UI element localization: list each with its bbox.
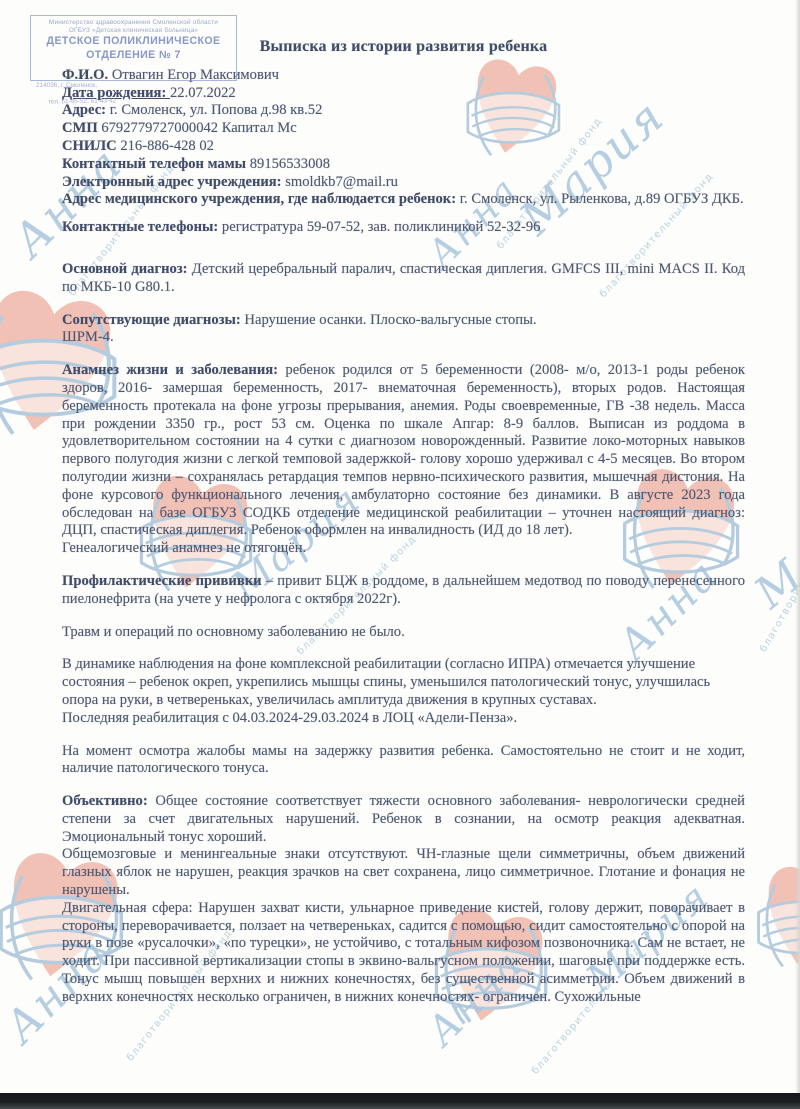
field-institution-address: Адрес медицинского учреждения, где наблю…: [62, 191, 745, 209]
stamp-phone-line: тел. 61-45-52, 61-43-42: [48, 97, 116, 105]
paragraph-genealogy: Генеалогический анамнез не отягощён.: [62, 540, 745, 558]
stamp-department-line: ДЕТСКОЕ ПОЛИКЛИНИЧЕСКОЕ: [35, 36, 232, 48]
paragraph-secondary-diagnoses: Сопутствующие диагнозы:Нарушение осанки.…: [62, 312, 745, 330]
paragraph-objective-status: Объективно:Общее состояние соответствует…: [62, 793, 745, 846]
scan-edge-shadow: [795, 0, 800, 1109]
clinic-stamp: Министерство здравоохранения Смоленской …: [30, 15, 237, 81]
stamp-ministry-line: Министерство здравоохранения Смоленской …: [35, 19, 232, 27]
paragraph-shrm: ШРМ-4.: [62, 329, 745, 347]
stamp-hospital-line: ОГБУЗ «Детская клиническая больница»: [35, 27, 232, 35]
paragraph-neurological-status: Общемозговые и менингеальные знаки отсут…: [62, 846, 745, 899]
paragraph-motor-sphere: Двигательная сфера: Нарушен захват кисти…: [62, 900, 745, 1007]
paragraph-complaints: На момент осмотра жалобы мамы на задержк…: [62, 743, 745, 779]
paragraph-vaccinations: Профилактические прививки– привит БЦЖ в …: [62, 573, 745, 609]
paragraph-injuries: Травм и операций по основному заболевани…: [62, 624, 745, 642]
stamp-unit-line: ОТДЕЛЕНИЕ № 7: [35, 50, 232, 62]
field-insurance-policy: СМП6792779727000042 Капитал Мс: [62, 120, 745, 138]
paragraph-dynamics: В динамике наблюдения на фоне комплексно…: [62, 656, 745, 709]
scan-bottom-band: [0, 1093, 800, 1109]
field-birthdate: Дата рождения:22.07.2022: [62, 85, 745, 103]
patient-header-fields: Ф.И.О.Отвагин Егор Максимович Дата рожде…: [62, 67, 745, 237]
field-address: Адрес:г. Смоленск, ул. Попова д.98 кв.52: [62, 102, 745, 120]
document-body: Выписка из истории развития ребенка Ф.И.…: [0, 0, 800, 1007]
stamp-address-line: 214036, г. Смоленск,: [36, 82, 97, 89]
field-institution-email: Электронный адрес учреждения:smoldkb7@ma…: [62, 174, 745, 192]
scanned-document-page: Мария благотворительный фонд Анна благот…: [0, 0, 800, 1109]
field-mother-phone: Контактный телефон мамы89156533008: [62, 156, 745, 174]
field-contact-phones: Контактные телефоны:регистратура 59-07-5…: [62, 219, 745, 237]
field-snils: СНИЛС216-886-428 02: [62, 138, 745, 156]
paragraph-main-diagnosis: Основной диагноз:Детский церебральный па…: [62, 261, 745, 297]
paragraph-anamnesis: Анамнез жизни и заболевания:ребенок роди…: [62, 362, 745, 540]
paragraph-last-rehab: Последняя реабилитация с 04.03.2024-29.0…: [62, 710, 745, 728]
